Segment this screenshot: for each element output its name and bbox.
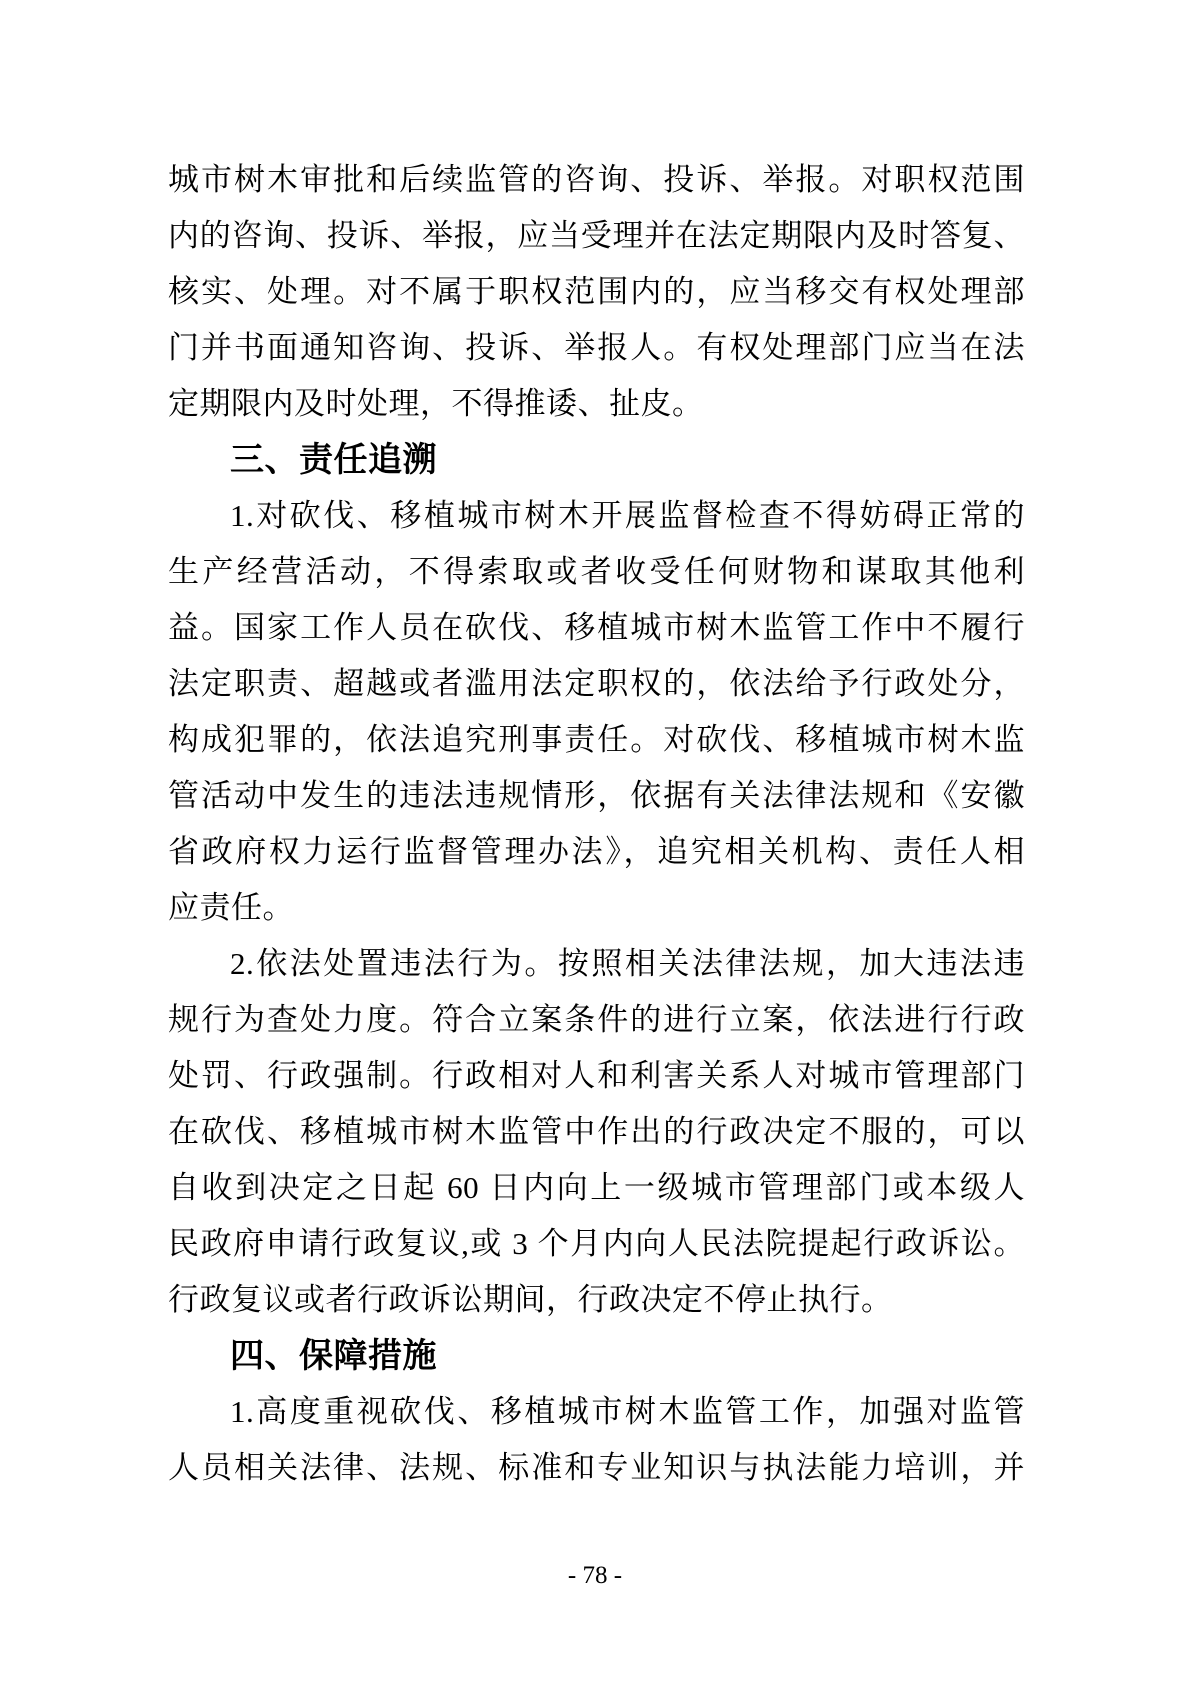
page-number: - 78 - <box>0 1561 1190 1591</box>
document-body: 城市树木审批和后续监管的咨询、投诉、举报。对职权范围 内的咨询、投诉、举报，应当… <box>168 152 1025 1496</box>
body-text-line: 定期限内及时处理，不得推诿、扯皮。 <box>168 376 1025 432</box>
body-text-line: 门并书面通知咨询、投诉、举报人。有权处理部门应当在法 <box>168 320 1025 376</box>
body-text-line: 应责任。 <box>168 880 1025 936</box>
body-text-line: 处罚、行政强制。行政相对人和利害关系人对城市管理部门 <box>168 1048 1025 1104</box>
body-text-line: 在砍伐、移植城市树木监管中作出的行政决定不服的，可以 <box>168 1104 1025 1160</box>
body-text-line: 1.高度重视砍伐、移植城市树木监管工作，加强对监管 <box>168 1384 1025 1440</box>
body-text-line: 构成犯罪的，依法追究刑事责任。对砍伐、移植城市树木监 <box>168 712 1025 768</box>
body-text-line: 核实、处理。对不属于职权范围内的，应当移交有权处理部 <box>168 264 1025 320</box>
body-text-line: 行政复议或者行政诉讼期间，行政决定不停止执行。 <box>168 1272 1025 1328</box>
body-text-line: 益。国家工作人员在砍伐、移植城市树木监管工作中不履行 <box>168 600 1025 656</box>
body-text-line: 管活动中发生的违法违规情形，依据有关法律法规和《安徽 <box>168 768 1025 824</box>
body-text-line: 生产经营活动，不得索取或者收受任何财物和谋取其他利 <box>168 544 1025 600</box>
body-text-line: 人员相关法律、法规、标准和专业知识与执法能力培训，并 <box>168 1440 1025 1496</box>
section-heading-responsibility-tracing: 三、责任追溯 <box>168 432 1025 488</box>
body-text-line: 民政府申请行政复议,或 3 个月内向人民法院提起行政诉讼。 <box>168 1216 1025 1272</box>
body-text-line: 规行为查处力度。符合立案条件的进行立案，依法进行行政 <box>168 992 1025 1048</box>
section-heading-safeguard-measures: 四、保障措施 <box>168 1328 1025 1384</box>
document-page: 城市树木审批和后续监管的咨询、投诉、举报。对职权范围 内的咨询、投诉、举报，应当… <box>0 0 1190 1683</box>
body-text-line: 省政府权力运行监督管理办法》，追究相关机构、责任人相 <box>168 824 1025 880</box>
body-text-line: 内的咨询、投诉、举报，应当受理并在法定期限内及时答复、 <box>168 208 1025 264</box>
body-text-line: 2.依法处置违法行为。按照相关法律法规，加大违法违 <box>168 936 1025 992</box>
body-text-line: 自收到决定之日起 60 日内向上一级城市管理部门或本级人 <box>168 1160 1025 1216</box>
body-text-line: 法定职责、超越或者滥用法定职权的，依法给予行政处分， <box>168 656 1025 712</box>
body-text-line: 城市树木审批和后续监管的咨询、投诉、举报。对职权范围 <box>168 152 1025 208</box>
body-text-line: 1.对砍伐、移植城市树木开展监督检查不得妨碍正常的 <box>168 488 1025 544</box>
